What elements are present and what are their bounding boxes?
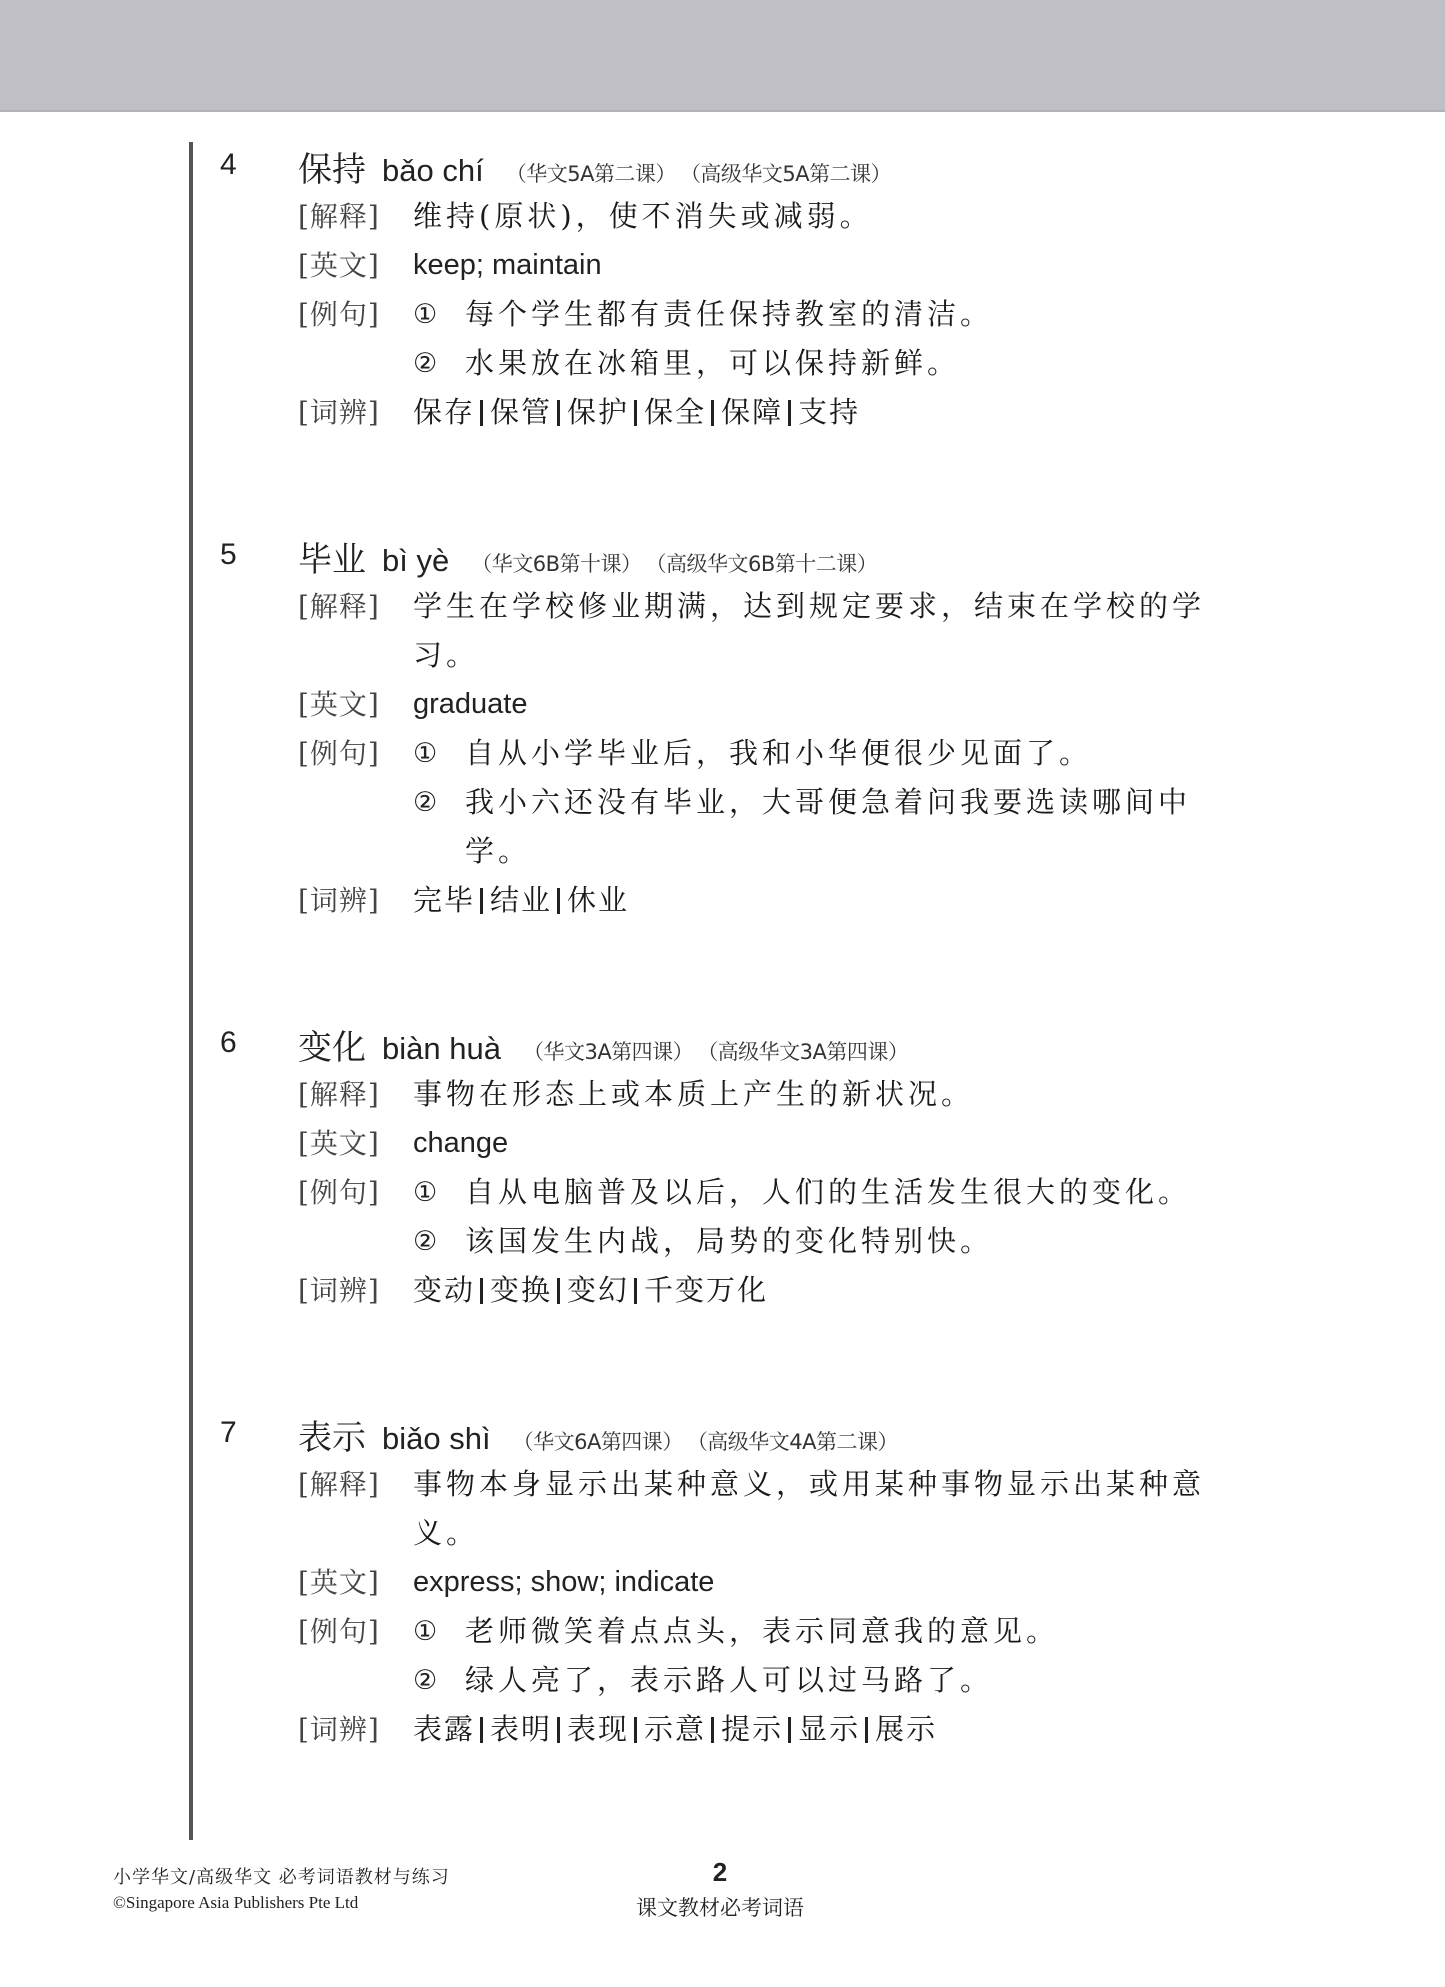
distinction-item: 休业 — [567, 876, 629, 925]
examples-row: [例句] ① 每个学生都有责任保持教室的清洁。 ② 水果放在冰箱里，可以保持新鲜… — [220, 290, 1330, 388]
circled-two-icon: ② — [413, 1217, 465, 1266]
definition-text: 维持(原状)，使不消失或减弱。 — [413, 192, 1330, 241]
distinction-item: 显示 — [798, 1705, 860, 1754]
distinction-item: 保管 — [490, 388, 552, 437]
entry-headline: 变化 biàn huà （华文3A第四课） （高级华文3A第四课） — [298, 1020, 912, 1069]
examples-row: [例句] ① 自从小学毕业后，我和小华便很少见面了。 ② 我小六还没有毕业，大哥… — [220, 729, 1330, 876]
entry-number: 6 — [220, 1026, 237, 1060]
definition-row: [解释] 学生在学校修业期满，达到规定要求，结束在学校的学 习。 — [220, 582, 1330, 680]
entry-word: 变化 — [298, 1020, 366, 1069]
entry-pinyin: bì yè — [382, 543, 449, 579]
copyright-notice: ©Singapore Asia Publishers Pte Ltd — [113, 1893, 450, 1913]
separator-bar — [480, 1717, 483, 1743]
examples-label: [例句] — [220, 1607, 413, 1656]
examples-list: ① 自从小学毕业后，我和小华便很少见面了。 ② 我小六还没有毕业，大哥便急着问我… — [413, 729, 1330, 876]
distinction-item: 表明 — [490, 1705, 552, 1754]
definition-label: [解释] — [220, 192, 413, 241]
entry-header: 6 变化 biàn huà （华文3A第四课） （高级华文3A第四课） — [220, 1018, 1330, 1070]
example-2: ② 绿人亮了，表示路人可以过马路了。 — [413, 1656, 1330, 1705]
entry-number: 7 — [220, 1416, 237, 1450]
entry-pinyin: biàn huà — [382, 1031, 501, 1067]
definition-line: 事物在形态上或本质上产生的新状况。 — [413, 1070, 1330, 1119]
page-number: 2 — [620, 1858, 820, 1886]
definition-line: 维持(原状)，使不消失或减弱。 — [413, 192, 1330, 241]
separator-bar — [480, 400, 483, 426]
distinction-row: [词辨] 变动 变换 变幻 千变万化 — [220, 1266, 1330, 1315]
example-line: 我小六还没有毕业，大哥便急着问我要选读哪间中 — [465, 778, 1330, 827]
distinction-list: 完毕 结业 休业 — [413, 876, 1330, 925]
definition-label: [解释] — [220, 582, 413, 631]
example-1: ① 每个学生都有责任保持教室的清洁。 — [413, 290, 1330, 339]
distinction-item: 保障 — [721, 388, 783, 437]
vocab-entry-6: 6 变化 biàn huà （华文3A第四课） （高级华文3A第四课） [解释]… — [220, 1018, 1330, 1315]
definition-row: [解释] 事物在形态上或本质上产生的新状况。 — [220, 1070, 1330, 1119]
distinction-label: [词辨] — [220, 1705, 413, 1754]
distinction-label: [词辨] — [220, 1266, 413, 1315]
distinction-item: 结业 — [490, 876, 552, 925]
distinction-item: 变动 — [413, 1266, 475, 1315]
distinction-row: [词辨] 表露 表明 表现 示意 提示 显示 展示 — [220, 1705, 1330, 1754]
definition-row: [解释] 事物本身显示出某种意义，或用某种事物显示出某种意 义。 — [220, 1460, 1330, 1558]
entry-word: 毕业 — [298, 532, 366, 581]
separator-bar — [788, 1717, 791, 1743]
example-text: 自从小学毕业后，我和小华便很少见面了。 — [465, 729, 1330, 778]
lesson-ref-standard: （华文6B第十课） — [471, 548, 641, 578]
entry-word: 保持 — [298, 142, 366, 191]
entry-header: 5 毕业 bì yè （华文6B第十课） （高级华文6B第十二课） — [220, 530, 1330, 582]
lesson-ref-higher: （高级华文4A第二课） — [687, 1426, 898, 1456]
circled-one-icon: ① — [413, 1607, 465, 1656]
example-1: ① 自从电脑普及以后，人们的生活发生很大的变化。 — [413, 1168, 1330, 1217]
example-line: 水果放在冰箱里，可以保持新鲜。 — [465, 339, 1330, 388]
entry-pinyin: bǎo chí — [382, 153, 484, 189]
circled-two-icon: ② — [413, 339, 465, 388]
distinction-label: [词辨] — [220, 388, 413, 437]
english-text: express; show; indicate — [413, 1558, 1330, 1607]
example-line: 老师微笑着点点头，表示同意我的意见。 — [465, 1607, 1330, 1656]
english-text: graduate — [413, 680, 1330, 729]
examples-list: ① 每个学生都有责任保持教室的清洁。 ② 水果放在冰箱里，可以保持新鲜。 — [413, 290, 1330, 388]
footer-publication-info: 小学华文/高级华文 必考词语教材与练习 ©Singapore Asia Publ… — [113, 1863, 450, 1913]
section-title: 课文教材必考词语 — [620, 1892, 820, 1922]
separator-bar — [480, 1278, 483, 1304]
definition-line: 事物本身显示出某种意义，或用某种事物显示出某种意 — [413, 1460, 1330, 1509]
separator-bar — [557, 1717, 560, 1743]
example-1: ① 自从小学毕业后，我和小华便很少见面了。 — [413, 729, 1330, 778]
book-title: 小学华文/高级华文 必考词语教材与练习 — [113, 1863, 450, 1889]
example-line: 学。 — [465, 827, 1330, 876]
example-line: 自从电脑普及以后，人们的生活发生很大的变化。 — [465, 1168, 1330, 1217]
distinction-list: 表露 表明 表现 示意 提示 显示 展示 — [413, 1705, 1330, 1754]
circled-one-icon: ① — [413, 290, 465, 339]
footer-page-info: 2 课文教材必考词语 — [620, 1858, 820, 1922]
lesson-ref-standard: （华文5A第二课） — [506, 158, 676, 188]
examples-list: ① 自从电脑普及以后，人们的生活发生很大的变化。 ② 该国发生内战，局势的变化特… — [413, 1168, 1330, 1266]
separator-bar — [634, 1717, 637, 1743]
distinction-item: 完毕 — [413, 876, 475, 925]
circled-one-icon: ① — [413, 729, 465, 778]
distinction-item: 支持 — [798, 388, 860, 437]
circled-one-icon: ① — [413, 1168, 465, 1217]
example-line: 该国发生内战，局势的变化特别快。 — [465, 1217, 1330, 1266]
vocab-entry-5: 5 毕业 bì yè （华文6B第十课） （高级华文6B第十二课） [解释] 学… — [220, 530, 1330, 925]
example-2: ② 我小六还没有毕业，大哥便急着问我要选读哪间中 学。 — [413, 778, 1330, 876]
example-line: 每个学生都有责任保持教室的清洁。 — [465, 290, 1330, 339]
entry-pinyin: biǎo shì — [382, 1421, 491, 1457]
example-text: 自从电脑普及以后，人们的生活发生很大的变化。 — [465, 1168, 1330, 1217]
definition-text: 学生在学校修业期满，达到规定要求，结束在学校的学 习。 — [413, 582, 1330, 680]
circled-two-icon: ② — [413, 1656, 465, 1705]
definition-label: [解释] — [220, 1460, 413, 1509]
example-2: ② 该国发生内战，局势的变化特别快。 — [413, 1217, 1330, 1266]
example-1: ① 老师微笑着点点头，表示同意我的意见。 — [413, 1607, 1330, 1656]
lesson-ref-standard: （华文6A第四课） — [513, 1426, 683, 1456]
distinction-item: 千变万化 — [644, 1266, 768, 1315]
example-line: 绿人亮了，表示路人可以过马路了。 — [465, 1656, 1330, 1705]
entry-number: 5 — [220, 538, 237, 572]
definition-label: [解释] — [220, 1070, 413, 1119]
english-label: [英文] — [220, 1119, 413, 1168]
entry-headline: 保持 bǎo chí （华文5A第二课） （高级华文5A第二课） — [298, 142, 895, 191]
examples-row: [例句] ① 老师微笑着点点头，表示同意我的意见。 ② 绿人亮了，表示路人可以过… — [220, 1607, 1330, 1705]
distinction-row: [词辨] 完毕 结业 休业 — [220, 876, 1330, 925]
distinction-item: 表露 — [413, 1705, 475, 1754]
separator-bar — [634, 1278, 637, 1304]
example-text: 老师微笑着点点头，表示同意我的意见。 — [465, 1607, 1330, 1656]
english-label: [英文] — [220, 680, 413, 729]
example-text: 该国发生内战，局势的变化特别快。 — [465, 1217, 1330, 1266]
distinction-item: 展示 — [875, 1705, 937, 1754]
distinction-item: 示意 — [644, 1705, 706, 1754]
definition-line: 义。 — [413, 1509, 1330, 1558]
distinction-item: 保全 — [644, 388, 706, 437]
definition-line: 习。 — [413, 631, 1330, 680]
lesson-ref-standard: （华文3A第四课） — [523, 1036, 693, 1066]
distinction-row: [词辨] 保存 保管 保护 保全 保障 支持 — [220, 388, 1330, 437]
entry-header: 4 保持 bǎo chí （华文5A第二课） （高级华文5A第二课） — [220, 140, 1330, 192]
lesson-ref-higher: （高级华文3A第四课） — [697, 1036, 908, 1066]
separator-bar — [711, 1717, 714, 1743]
lesson-ref-higher: （高级华文5A第二课） — [680, 158, 891, 188]
distinction-label: [词辨] — [220, 876, 413, 925]
separator-bar — [480, 888, 483, 914]
english-row: [英文] change — [220, 1119, 1330, 1168]
english-row: [英文] keep; maintain — [220, 241, 1330, 290]
example-line: 自从小学毕业后，我和小华便很少见面了。 — [465, 729, 1330, 778]
entry-headline: 表示 biǎo shì （华文6A第四课） （高级华文4A第二课） — [298, 1410, 902, 1459]
example-text: 每个学生都有责任保持教室的清洁。 — [465, 290, 1330, 339]
vocab-entry-7: 7 表示 biǎo shì （华文6A第四课） （高级华文4A第二课） [解释]… — [220, 1408, 1330, 1754]
circled-two-icon: ② — [413, 778, 465, 827]
english-label: [英文] — [220, 1558, 413, 1607]
vocab-entry-4: 4 保持 bǎo chí （华文5A第二课） （高级华文5A第二课） [解释] … — [220, 140, 1330, 437]
separator-bar — [788, 400, 791, 426]
english-text: keep; maintain — [413, 241, 1330, 290]
separator-bar — [711, 400, 714, 426]
example-2: ② 水果放在冰箱里，可以保持新鲜。 — [413, 339, 1330, 388]
examples-list: ① 老师微笑着点点头，表示同意我的意见。 ② 绿人亮了，表示路人可以过马路了。 — [413, 1607, 1330, 1705]
margin-rule — [189, 142, 193, 1840]
separator-bar — [865, 1717, 868, 1743]
entry-header: 7 表示 biǎo shì （华文6A第四课） （高级华文4A第二课） — [220, 1408, 1330, 1460]
english-row: [英文] express; show; indicate — [220, 1558, 1330, 1607]
entry-word: 表示 — [298, 1410, 366, 1459]
definition-row: [解释] 维持(原状)，使不消失或减弱。 — [220, 192, 1330, 241]
separator-bar — [557, 400, 560, 426]
examples-row: [例句] ① 自从电脑普及以后，人们的生活发生很大的变化。 ② 该国发生内战，局… — [220, 1168, 1330, 1266]
top-gray-band — [0, 0, 1445, 112]
examples-label: [例句] — [220, 290, 413, 339]
examples-label: [例句] — [220, 1168, 413, 1217]
english-row: [英文] graduate — [220, 680, 1330, 729]
definition-text: 事物在形态上或本质上产生的新状况。 — [413, 1070, 1330, 1119]
definition-line: 学生在学校修业期满，达到规定要求，结束在学校的学 — [413, 582, 1330, 631]
entry-number: 4 — [220, 148, 237, 182]
distinction-item: 变幻 — [567, 1266, 629, 1315]
distinction-list: 保存 保管 保护 保全 保障 支持 — [413, 388, 1330, 437]
distinction-item: 变换 — [490, 1266, 552, 1315]
distinction-item: 提示 — [721, 1705, 783, 1754]
distinction-item: 保护 — [567, 388, 629, 437]
separator-bar — [634, 400, 637, 426]
distinction-list: 变动 变换 变幻 千变万化 — [413, 1266, 1330, 1315]
examples-label: [例句] — [220, 729, 413, 778]
example-text: 我小六还没有毕业，大哥便急着问我要选读哪间中 学。 — [465, 778, 1330, 876]
distinction-item: 保存 — [413, 388, 475, 437]
english-text: change — [413, 1119, 1330, 1168]
definition-text: 事物本身显示出某种意义，或用某种事物显示出某种意 义。 — [413, 1460, 1330, 1558]
lesson-ref-higher: （高级华文6B第十二课） — [646, 548, 878, 578]
separator-bar — [557, 1278, 560, 1304]
separator-bar — [557, 888, 560, 914]
english-label: [英文] — [220, 241, 413, 290]
distinction-item: 表现 — [567, 1705, 629, 1754]
example-text: 水果放在冰箱里，可以保持新鲜。 — [465, 339, 1330, 388]
example-text: 绿人亮了，表示路人可以过马路了。 — [465, 1656, 1330, 1705]
entry-headline: 毕业 bì yè （华文6B第十课） （高级华文6B第十二课） — [298, 532, 881, 581]
